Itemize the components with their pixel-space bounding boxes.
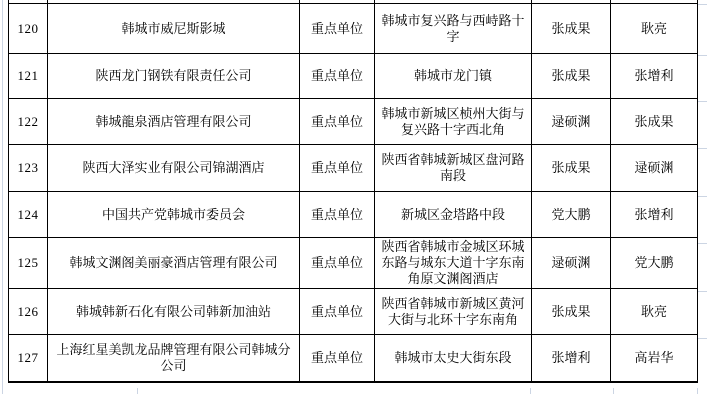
cell-index[interactable]: 120 bbox=[9, 4, 48, 54]
gridline-bottom-vertical bbox=[530, 388, 531, 394]
cell-index[interactable]: 126 bbox=[9, 289, 48, 335]
cell-unit-name[interactable]: 韩城龍泉酒店管理有限公司 bbox=[48, 99, 300, 145]
cell-person-1[interactable]: 张增利 bbox=[532, 335, 611, 382]
gridline-bottom-vertical bbox=[613, 388, 614, 394]
gridline-right-horizontal bbox=[697, 196, 707, 197]
cell-unit-type[interactable]: 重点单位 bbox=[300, 99, 375, 145]
gridline-right-horizontal bbox=[697, 148, 707, 149]
cell-address[interactable]: 韩城市龙门镇 bbox=[375, 54, 532, 99]
cell-person-1[interactable]: 张成果 bbox=[532, 54, 611, 99]
cell-person-2[interactable]: 张增利 bbox=[611, 54, 698, 99]
gridline-right-horizontal bbox=[697, 291, 707, 292]
table-row: 122 韩城龍泉酒店管理有限公司 重点单位 韩城市新城区桢州大街与复兴路十字西北… bbox=[9, 99, 698, 145]
cell-address[interactable]: 韩城市新城区桢州大街与复兴路十字西北角 bbox=[375, 99, 532, 145]
cell-address[interactable]: 陕西省韩城新城区盘河路南段 bbox=[375, 145, 532, 192]
gridline-right-horizontal bbox=[697, 243, 707, 244]
cell-person-1[interactable]: 党大鹏 bbox=[532, 192, 611, 238]
cell-person-2[interactable]: 耿亮 bbox=[611, 4, 698, 54]
cell-unit-name[interactable]: 韩城市威尼斯影城 bbox=[48, 4, 300, 54]
table-row: 124 中国共产党韩城市委员会 重点单位 新城区金塔路中段 党大鹏 张增利 bbox=[9, 192, 698, 238]
cell-unit-name[interactable]: 陕西大泽实业有限公司锦湖酒店 bbox=[48, 145, 300, 192]
cell-person-2[interactable]: 张成果 bbox=[611, 99, 698, 145]
cell-address[interactable]: 新城区金塔路中段 bbox=[375, 192, 532, 238]
cell-index[interactable]: 123 bbox=[9, 145, 48, 192]
cell-index[interactable]: 122 bbox=[9, 99, 48, 145]
cell-unit-type[interactable]: 重点单位 bbox=[300, 4, 375, 54]
gridline-right-horizontal bbox=[697, 4, 707, 5]
cell-index[interactable]: 121 bbox=[9, 54, 48, 99]
cell-unit-name[interactable]: 陕西龙门钢铁有限责任公司 bbox=[48, 54, 300, 99]
cell-person-1[interactable]: 张成果 bbox=[532, 145, 611, 192]
cell-person-2[interactable]: 逯硕渊 bbox=[611, 145, 698, 192]
cell-index[interactable]: 124 bbox=[9, 192, 48, 238]
cell-address[interactable]: 韩城市太史大街东段 bbox=[375, 335, 532, 382]
cell-unit-name[interactable]: 中国共产党韩城市委员会 bbox=[48, 192, 300, 238]
cell-unit-type[interactable]: 重点单位 bbox=[300, 335, 375, 382]
cell-person-1[interactable]: 张成果 bbox=[532, 4, 611, 54]
cell-person-2[interactable]: 张增利 bbox=[611, 192, 698, 238]
gridline-bottom-vertical bbox=[697, 388, 698, 394]
cell-address[interactable]: 陕西省韩城市新城区黄河大街与北环十字东南角 bbox=[375, 289, 532, 335]
cell-unit-name[interactable]: 韩城文渊阁美丽豪酒店管理有限公司 bbox=[48, 238, 300, 289]
cell-person-2[interactable]: 高岩华 bbox=[611, 335, 698, 382]
cell-index[interactable]: 127 bbox=[9, 335, 48, 382]
gridline-bottom-vertical bbox=[137, 388, 138, 394]
cell-index[interactable]: 125 bbox=[9, 238, 48, 289]
cell-unit-name[interactable]: 上海红星美凯龙品牌管理有限公司韩城分公司 bbox=[48, 335, 300, 382]
cell-unit-name[interactable]: 韩城韩新石化有限公司韩新加油站 bbox=[48, 289, 300, 335]
table-row: 120 韩城市威尼斯影城 重点单位 韩城市复兴路与西峙路十字 张成果 耿亮 bbox=[9, 4, 698, 54]
cell-unit-type[interactable]: 重点单位 bbox=[300, 192, 375, 238]
cell-unit-type[interactable]: 重点单位 bbox=[300, 238, 375, 289]
cell-address[interactable]: 韩城市复兴路与西峙路十字 bbox=[375, 4, 532, 54]
gridline-right-horizontal bbox=[697, 338, 707, 339]
gridline-left-vertical bbox=[2, 0, 3, 394]
cell-person-1[interactable]: 逯硕渊 bbox=[532, 99, 611, 145]
cell-person-1[interactable]: 逯硕渊 bbox=[532, 238, 611, 289]
cell-unit-type[interactable]: 重点单位 bbox=[300, 289, 375, 335]
spreadsheet-canvas: 120 韩城市威尼斯影城 重点单位 韩城市复兴路与西峙路十字 张成果 耿亮 12… bbox=[0, 0, 707, 394]
table-row: 123 陕西大泽实业有限公司锦湖酒店 重点单位 陕西省韩城新城区盘河路南段 张成… bbox=[9, 145, 698, 192]
cell-address[interactable]: 陕西省韩城市金城区环城东路与城东大道十字东南角原文渊阁酒店 bbox=[375, 238, 532, 289]
table-row: 121 陕西龙门钢铁有限责任公司 重点单位 韩城市龙门镇 张成果 张增利 bbox=[9, 54, 698, 99]
table-row: 127 上海红星美凯龙品牌管理有限公司韩城分公司 重点单位 韩城市太史大街东段 … bbox=[9, 335, 698, 382]
gridline-right-horizontal bbox=[697, 55, 707, 56]
cell-unit-type[interactable]: 重点单位 bbox=[300, 145, 375, 192]
table-row: 126 韩城韩新石化有限公司韩新加油站 重点单位 陕西省韩城市新城区黄河大街与北… bbox=[9, 289, 698, 335]
cell-person-2[interactable]: 耿亮 bbox=[611, 289, 698, 335]
cell-unit-type[interactable]: 重点单位 bbox=[300, 54, 375, 99]
cell-person-2[interactable]: 党大鹏 bbox=[611, 238, 698, 289]
table-row: 125 韩城文渊阁美丽豪酒店管理有限公司 重点单位 陕西省韩城市金城区环城东路与… bbox=[9, 238, 698, 289]
gridline-right-horizontal bbox=[697, 101, 707, 102]
cell-person-1[interactable]: 张成果 bbox=[532, 289, 611, 335]
units-table: 120 韩城市威尼斯影城 重点单位 韩城市复兴路与西峙路十字 张成果 耿亮 12… bbox=[8, 0, 698, 383]
